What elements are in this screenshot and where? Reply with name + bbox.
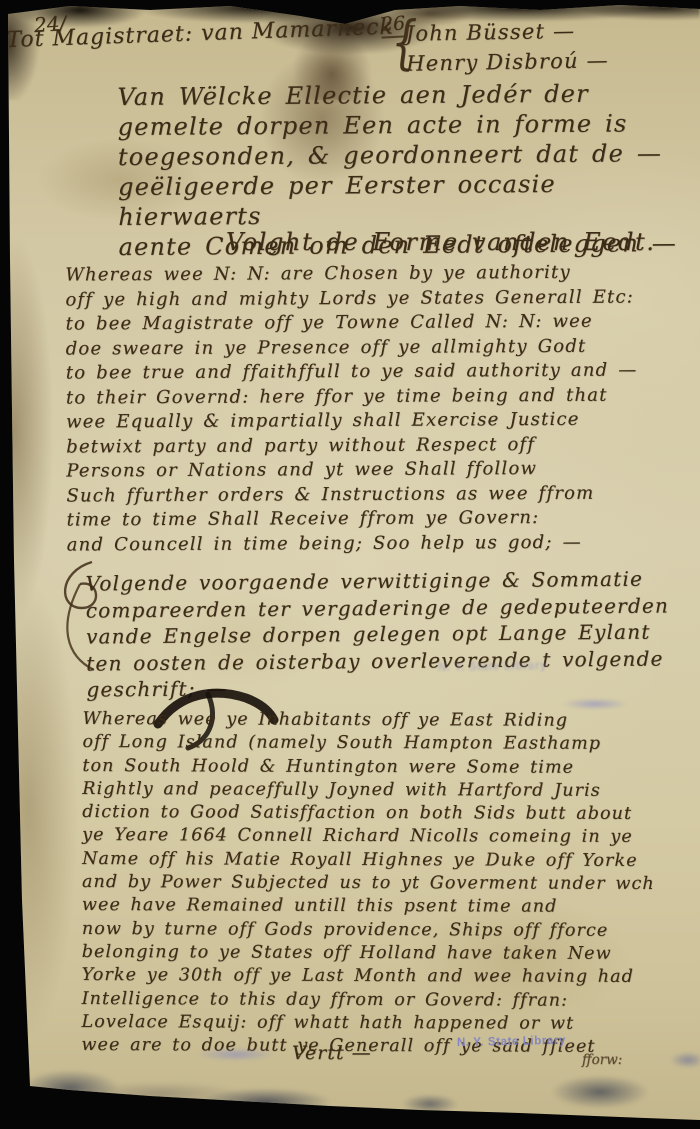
- oath-text-english: Whereas wee N: N: are Chosen by ye autho…: [65, 261, 638, 558]
- verso-note: Vertt —: [292, 1042, 372, 1064]
- petition-text-english: Whereas wee ye Inhabitants off ye East R…: [81, 708, 655, 1059]
- manuscript-page: 24/ Tot Magistraet: van Mamarneck 26 { J…: [0, 0, 700, 1129]
- oath-heading: Volght de Forme vanden Eedt.: [226, 228, 656, 256]
- summons-note-dutch: Volgende voorgaende verwittiginge & Somm…: [85, 565, 669, 703]
- library-stamp-faint: N. Y. State Library: [438, 660, 547, 674]
- magistrate-names: John Büsset — Henry Disbroú —: [405, 15, 609, 79]
- blue-ink-smudge: [562, 698, 628, 710]
- library-stamp: N. Y. State Library: [457, 1035, 566, 1049]
- faint-stamp-smudge: [196, 1048, 276, 1061]
- manuscript-scan: 24/ Tot Magistraet: van Mamarneck 26 { J…: [0, 0, 700, 1129]
- catchword: fforw:: [582, 1052, 622, 1068]
